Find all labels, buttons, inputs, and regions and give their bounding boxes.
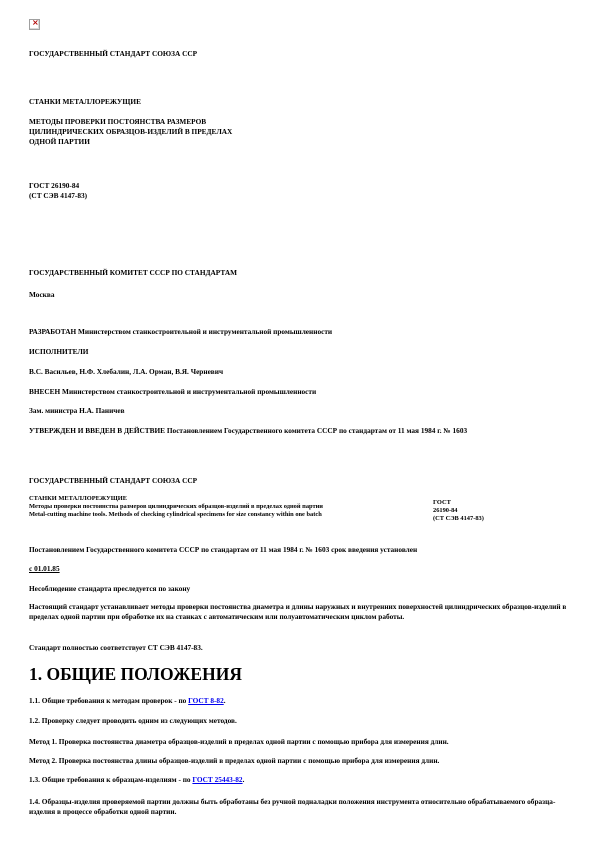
header-title-en: Metal-cutting machine tools. Methods of … — [29, 511, 419, 519]
executors-names: В.С. Васильев, Н.Ф. Хлебалин, Л.А. Орман… — [29, 367, 223, 377]
paragraph-1-4: 1.4. Образцы-изделия проверяемой партии … — [29, 797, 569, 817]
cover-committee: ГОСУДАРСТВЕННЫЙ КОМИТЕТ СССР ПО СТАНДАРТ… — [29, 268, 237, 278]
developed-line: РАЗРАБОТАН Министерством станкостроитель… — [29, 327, 332, 337]
paragraph-1-2: 1.2. Проверку следует проводить одним из… — [29, 716, 237, 726]
decree-text: Постановлением Государственного комитета… — [29, 545, 569, 555]
cover-title-line: ОДНОЙ ПАРТИИ — [29, 137, 232, 147]
method-2: Метод 2. Проверка постоянства длины обра… — [29, 756, 569, 766]
introduced-text: Министерством станкостроительной и инстр… — [60, 387, 316, 396]
gost-25443-82-link[interactable]: ГОСТ 25443-82 — [192, 775, 242, 784]
cover-st-sev: (СТ СЭВ 4147-83) — [29, 191, 87, 201]
method-1: Метод 1. Проверка постоянства диаметра о… — [29, 737, 569, 747]
paragraph-1-3: 1.3. Общие требования к образцам-изделия… — [29, 775, 244, 785]
developed-text: Министерством станкостроительной и инстр… — [76, 327, 332, 336]
header-gost-number: 26190-84 — [433, 507, 553, 515]
gost-8-82-link[interactable]: ГОСТ 8-82 — [188, 696, 224, 705]
header-gost-label: ГОСТ — [433, 499, 553, 507]
header-st-sev: (СТ СЭВ 4147-83) — [433, 515, 553, 523]
broken-image-icon — [29, 19, 40, 30]
section-heading: 1. ОБЩИЕ ПОЛОЖЕНИЯ — [29, 663, 242, 685]
deputy-minister: Зам. министра Н.А. Паничев — [29, 406, 125, 416]
cover-city: Москва — [29, 290, 54, 300]
paragraph-1-1: 1.1. Общие требования к методам проверок… — [29, 696, 226, 706]
approved-label: УТВЕРЖДЕН И ВВЕДЕН В ДЕЙСТВИЕ — [29, 426, 165, 435]
executors-label: ИСПОЛНИТЕЛИ — [29, 347, 88, 357]
paragraph-1-3-text: 1.3. Общие требования к образцам-изделия… — [29, 775, 192, 784]
cover-state-standard: ГОСУДАРСТВЕННЫЙ СТАНДАРТ СОЮЗА ССР — [29, 49, 197, 59]
header-category: СТАНКИ МЕТАЛЛОРЕЖУЩИЕ — [29, 495, 419, 503]
cover-title-line: ЦИЛИНДРИЧЕСКИХ ОБРАЗЦОВ-ИЗДЕЛИЙ В ПРЕДЕЛ… — [29, 127, 232, 137]
developed-label: РАЗРАБОТАН — [29, 327, 76, 336]
period: . — [224, 696, 226, 705]
conformity-paragraph: Стандарт полностью соответствует СТ СЭВ … — [29, 643, 203, 653]
effective-date: с 01.01.85 — [29, 564, 60, 574]
period: . — [243, 775, 245, 784]
violation-notice: Несоблюдение стандарта преследуется по з… — [29, 584, 190, 594]
cover-category: СТАНКИ МЕТАЛЛОРЕЖУЩИЕ — [29, 97, 141, 107]
header-title-ru: Методы проверки постоянства размеров цил… — [29, 503, 419, 511]
introduced-line: ВНЕСЕН Министерством станкостроительной … — [29, 387, 316, 397]
cover-title-line: МЕТОДЫ ПРОВЕРКИ ПОСТОЯНСТВА РАЗМЕРОВ — [29, 117, 232, 127]
cover-gost-number: ГОСТ 26190-84 — [29, 181, 87, 191]
header-gost-cell: ГОСТ 26190-84 (СТ СЭВ 4147-83) — [433, 499, 553, 523]
header-title-cell: СТАНКИ МЕТАЛЛОРЕЖУЩИЕ Методы проверки по… — [29, 495, 419, 519]
paragraph-1-1-text: 1.1. Общие требования к методам проверок… — [29, 696, 188, 705]
cover-title: МЕТОДЫ ПРОВЕРКИ ПОСТОЯНСТВА РАЗМЕРОВ ЦИЛ… — [29, 117, 232, 147]
scope-paragraph: Настоящий стандарт устанавливает методы … — [29, 602, 569, 622]
introduced-label: ВНЕСЕН — [29, 387, 60, 396]
approved-line: УТВЕРЖДЕН И ВВЕДЕН В ДЕЙСТВИЕ Постановле… — [29, 426, 569, 436]
approved-text: Постановлением Государственного комитета… — [165, 426, 467, 435]
header-state-standard: ГОСУДАРСТВЕННЫЙ СТАНДАРТ СОЮЗА ССР — [29, 476, 197, 486]
cover-gost: ГОСТ 26190-84 (СТ СЭВ 4147-83) — [29, 181, 87, 201]
